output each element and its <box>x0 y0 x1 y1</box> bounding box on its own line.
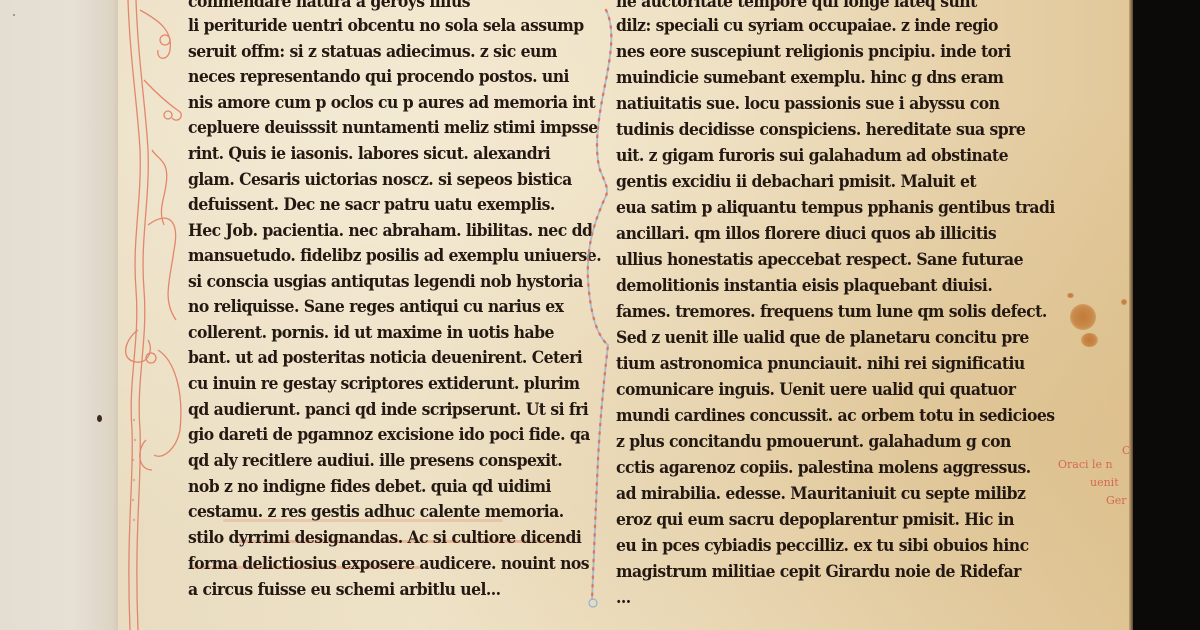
stain-spot <box>1067 293 1074 298</box>
black-background <box>1133 0 1200 630</box>
text-line: cepluere deuisssit nuntamenti meliz stim… <box>188 118 598 138</box>
red-border-decoration-icon <box>118 0 198 630</box>
text-line: demolitionis instantia eisis plaquebant … <box>616 276 992 296</box>
marginal-note-line: uenit <box>1090 476 1119 490</box>
stain-spot <box>1081 333 1098 347</box>
text-line: muindicie sumebant exemplu. hinc g dns e… <box>616 68 1003 88</box>
stain-spot <box>1121 299 1127 305</box>
text-line: fames. tremores. frequens tum lune qm so… <box>616 302 1047 322</box>
text-line: qd aly recitlere audiui. ille presens co… <box>188 451 562 471</box>
ink-speck <box>97 415 102 422</box>
ink-speck <box>13 14 15 16</box>
text-line: gentis excidiu ii debachari pmisit. Malu… <box>616 172 976 192</box>
text-line: bant. ut ad posteritas noticia deueniren… <box>188 348 582 368</box>
text-line: tium astronomica pnunciauit. nihi rei si… <box>616 354 1025 374</box>
text-line: cestamu. z res gestis adhuc calente memo… <box>188 502 564 522</box>
dotted-pen-flourish-icon <box>580 0 620 630</box>
text-line: si conscia usgias antiqutas legendi nob … <box>188 272 583 292</box>
text-line: ullius honestatis apeccebat respect. San… <box>616 250 1023 270</box>
text-line: seruit offm: si z statuas adiecimus. z s… <box>188 42 557 62</box>
text-line: dilz: speciali cu syriam occupaiae. z in… <box>616 16 998 36</box>
marginal-note-line: Ger <box>1106 494 1127 508</box>
text-line: magistrum militiae cepit Girardu noie de… <box>616 562 1021 582</box>
text-line: Hec Job. pacientia. nec abraham. libilit… <box>188 221 592 241</box>
text-line: rint. Quis ie iasonis. labores sicut. al… <box>188 144 550 164</box>
text-line: a circus fuisse eu schemi arbitlu uel... <box>188 580 501 600</box>
text-line: defuissent. Dec ne sacr patru uatu exemp… <box>188 195 555 215</box>
text-line: comunicare inguis. Uenit uere ualid qui … <box>616 380 1015 400</box>
text-line: ... <box>616 588 631 608</box>
text-line: eua satim p aliquantu tempus pphanis gen… <box>616 198 1055 218</box>
text-line: nes eore suscepiunt religionis pncipiu. … <box>616 42 1011 62</box>
text-line: nis amore cum p oclos cu p aures ad memo… <box>188 93 595 113</box>
text-line: neces representando qui procendo postos.… <box>188 67 569 87</box>
text-line: li perituride uentri obcentu no sola sel… <box>188 16 584 36</box>
facing-page <box>0 0 122 630</box>
text-line: tudinis decidisse conspiciens. hereditat… <box>616 120 1025 140</box>
text-line: gio dareti de pgamnoz excisione ido poci… <box>188 425 590 445</box>
text-line: collerent. pornis. id ut maxime in uotis… <box>188 323 554 343</box>
text-line: mundi cardines concussit. ac orbem totu … <box>616 406 1055 426</box>
text-line: ancillari. qm illos florere diuci quos a… <box>616 224 996 244</box>
text-line: no reliquisse. Sane reges antiqui cu nar… <box>188 297 563 317</box>
text-line: cu inuin re gestay scriptores extiderunt… <box>188 374 579 394</box>
text-line: nob z no indigne fides debet. quia qd ui… <box>188 477 551 497</box>
marginal-note-line: Oraci le n <box>1058 458 1113 472</box>
text-line: mansuetudo. fidelibz posilis ad exemplu … <box>188 246 601 266</box>
text-line: natiuitatis sue. locu passionis sue i ab… <box>616 94 999 114</box>
text-line: uit. z gigam furoris sui galahadum ad ob… <box>616 146 1008 166</box>
text-line: ne auctoritate tempore qui longe lateq s… <box>616 0 977 12</box>
text-line: glam. Cesaris uictorias noscz. si sepeos… <box>188 170 572 190</box>
text-line: cctis agarenoz copiis. palestina molens … <box>616 458 1031 478</box>
text-line: z plus concitandu pmouerunt. galahadum g… <box>616 432 1011 452</box>
text-line: conmendare natura a geroys illius <box>188 0 470 12</box>
text-line: qd audierunt. panci qd inde scripserunt.… <box>188 400 588 420</box>
text-line: ad mirabilia. edesse. Mauritaniuit cu se… <box>616 484 1025 504</box>
text-line: Sed z uenit ille ualid que de planetaru … <box>616 328 1029 348</box>
stain-spot <box>1070 304 1096 330</box>
text-line: eroz qui eum sacru depoplarentur pmisit.… <box>616 510 1014 530</box>
text-line: eu in pces cybiadis peccilliz. ex tu sib… <box>616 536 1029 556</box>
manuscript-folio: conmendare natura a geroys illius li per… <box>118 0 1133 630</box>
text-line: forma delictiosius exposere audicere. no… <box>188 554 589 574</box>
text-line: stilo dyrrimi designandas. Ac si cultior… <box>188 528 581 548</box>
